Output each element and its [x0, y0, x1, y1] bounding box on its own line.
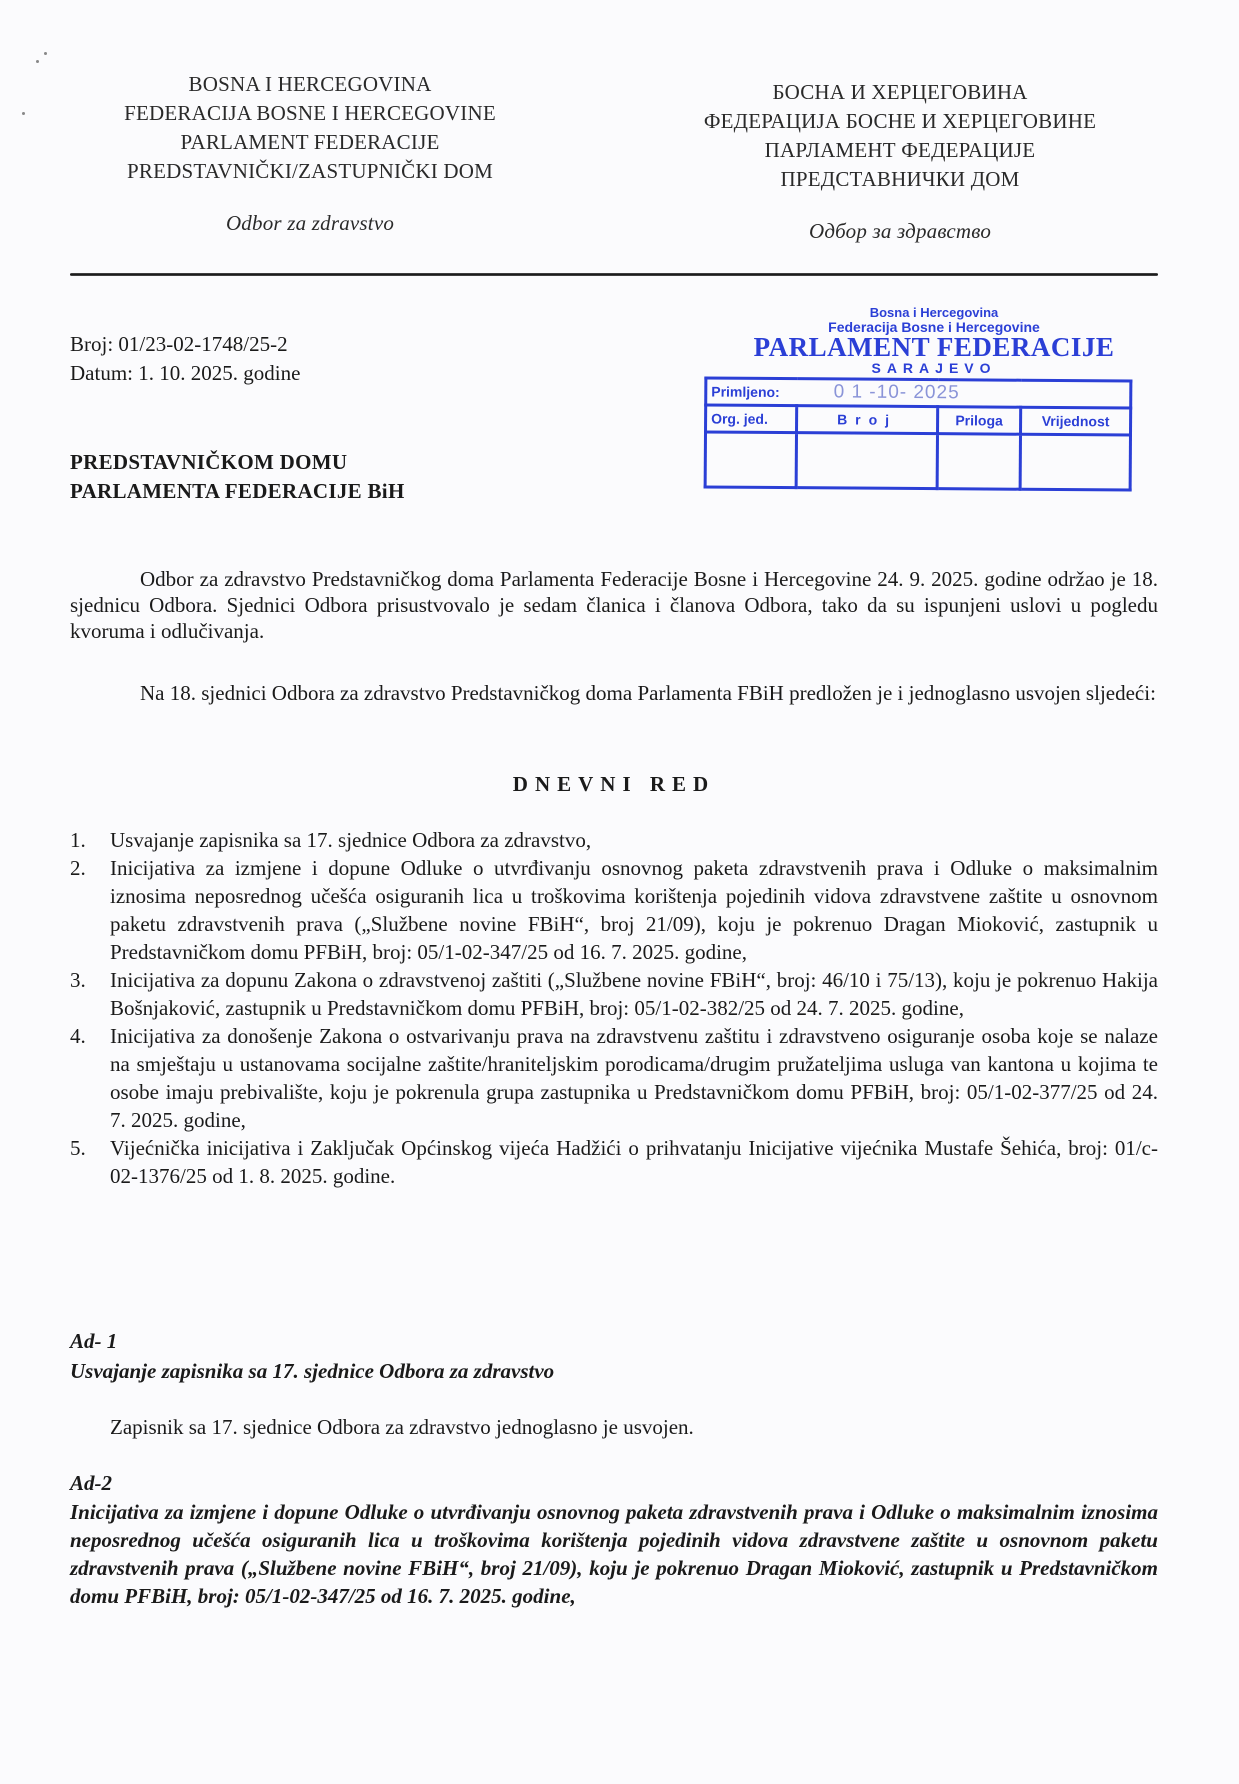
- agenda-item: 1. Usvajanje zapisnika sa 17. sjednice O…: [70, 826, 1158, 854]
- addressee-line: PREDSTAVNIČKOM DOMU: [70, 448, 405, 477]
- agenda-item: 3. Inicijativa za dopunu Zakona o zdravs…: [70, 966, 1158, 1022]
- stamp-city: SARAJEVO: [724, 360, 1144, 376]
- stamp-line: Bosna i Hercegovina: [724, 306, 1144, 320]
- scan-speck: [36, 60, 39, 63]
- ad2-label: Ad-2: [70, 1468, 112, 1498]
- header-line: FEDERACIJA BOSNE I HERCEGOVINE: [70, 99, 550, 128]
- agenda-item-number: 1.: [70, 826, 110, 854]
- agenda-item: 2. Inicijativa za izmjene i dopune Odluk…: [70, 854, 1158, 966]
- agenda-item-number: 4.: [70, 1022, 110, 1134]
- agenda-title: DNEVNI RED: [70, 772, 1158, 797]
- ad1-text: Zapisnik sa 17. sjednice Odbora za zdrav…: [110, 1414, 1158, 1440]
- received-stamp: Bosna i Hercegovina Federacija Bosne i H…: [704, 306, 1144, 490]
- agenda-intro: Na 18. sjednici Odbora za zdravstvo Pred…: [70, 680, 1158, 706]
- ad1-label: Ad- 1: [70, 1326, 554, 1356]
- committee-name: Odbor za zdravstvo: [70, 209, 550, 238]
- agenda-item: 5. Vijećnička inicijativa i Zaključak Op…: [70, 1134, 1158, 1190]
- stamp-received-label: Primljeno:: [711, 384, 780, 400]
- ad2-title: Inicijativa za izmjene i dopune Odluke o…: [70, 1498, 1158, 1610]
- stamp-received-row: Primljeno: 0 1 -10- 2025: [706, 378, 1131, 408]
- header-divider: [70, 273, 1158, 276]
- agenda-item-text: Inicijativa za donošenje Zakona o ostvar…: [110, 1022, 1158, 1134]
- agenda-item-number: 2.: [70, 854, 110, 966]
- committee-name-cyrillic: Одбор за здравство: [640, 217, 1160, 246]
- stamp-col-org: Org. jed.: [706, 405, 797, 433]
- stamp-col-broj: Broj: [797, 406, 938, 434]
- header-line: БОСНА И ХЕРЦЕГОВИНА: [640, 78, 1160, 107]
- scan-speck: [44, 52, 47, 55]
- ad1-title: Usvajanje zapisnika sa 17. sjednice Odbo…: [70, 1356, 554, 1386]
- header-line: PREDSTAVNIČKI/ZASTUPNIČKI DOM: [70, 157, 550, 186]
- agenda-item-number: 5.: [70, 1134, 110, 1190]
- agenda-item-text: Inicijativa za izmjene i dopune Odluke o…: [110, 854, 1158, 966]
- agenda-item-text: Usvajanje zapisnika sa 17. sjednice Odbo…: [110, 826, 1158, 854]
- stamp-cell: [796, 433, 937, 489]
- addressee-line: PARLAMENTA FEDERACIJE BiH: [70, 477, 405, 506]
- addressee: PREDSTAVNIČKOM DOMU PARLAMENTA FEDERACIJ…: [70, 448, 405, 506]
- header-latin: BOSNA I HERCEGOVINA FEDERACIJA BOSNE I H…: [70, 70, 550, 238]
- header-cyrillic: БОСНА И ХЕРЦЕГОВИНА ФЕДЕРАЦИЈА БОСНЕ И Х…: [640, 78, 1160, 246]
- document-meta: Broj: 01/23-02-1748/25-2 Datum: 1. 10. 2…: [70, 330, 300, 388]
- intro-paragraph: Odbor za zdravstvo Predstavničkog doma P…: [70, 566, 1158, 644]
- agenda-list: 1. Usvajanje zapisnika sa 17. sjednice O…: [70, 826, 1158, 1190]
- agenda-item-number: 3.: [70, 966, 110, 1022]
- agenda-item-text: Vijećnička inicijativa i Zaključak Općin…: [110, 1134, 1158, 1190]
- document-number: Broj: 01/23-02-1748/25-2: [70, 330, 300, 359]
- header-line: BOSNA I HERCEGOVINA: [70, 70, 550, 99]
- agenda-item: 4. Inicijativa za donošenje Zakona o ost…: [70, 1022, 1158, 1134]
- stamp-received-date: 0 1 -10- 2025: [834, 381, 960, 403]
- stamp-col-priloga: Priloga: [938, 407, 1021, 435]
- stamp-title: PARLAMENT FEDERACIJE: [724, 334, 1144, 360]
- header-line: ПАРЛАМЕНТ ФЕДЕРАЦИЈЕ: [640, 136, 1160, 165]
- stamp-cell: [937, 434, 1020, 490]
- header-line: ФЕДЕРАЦИЈА БОСНЕ И ХЕРЦЕГОВИНЕ: [640, 107, 1160, 136]
- ad1-section: Ad- 1 Usvajanje zapisnika sa 17. sjednic…: [70, 1326, 554, 1386]
- stamp-cell: [1020, 434, 1130, 490]
- stamp-col-vrijednost: Vrijednost: [1021, 407, 1131, 435]
- header-line: ПРЕДСТАВНИЧКИ ДОМ: [640, 165, 1160, 194]
- scan-speck: [22, 112, 25, 115]
- document-date: Datum: 1. 10. 2025. godine: [70, 359, 300, 388]
- stamp-table: Primljeno: 0 1 -10- 2025 Org. jed. Broj …: [704, 377, 1133, 492]
- header-line: PARLAMENT FEDERACIJE: [70, 128, 550, 157]
- stamp-cell: [705, 432, 796, 488]
- agenda-item-text: Inicijativa za dopunu Zakona o zdravstve…: [110, 966, 1158, 1022]
